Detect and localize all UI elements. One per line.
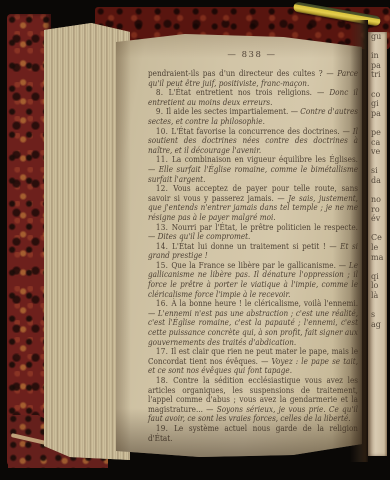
item-statement: L'État favorise la concurrence des doctr… <box>171 126 352 136</box>
item-number: 17. <box>156 346 171 356</box>
facing-text-fragment <box>368 80 387 90</box>
text-item: 18. Contre la sédition ecclésiastique vo… <box>148 376 358 424</box>
facing-text-fragment: Ce <box>368 233 387 243</box>
facing-text-fragment: da <box>368 176 387 186</box>
item-reply: L'ennemi n'est pas une abstraction ; c'e… <box>148 308 358 347</box>
facing-text-fragment <box>368 186 387 196</box>
facing-text-fragment: tri <box>368 70 387 80</box>
facing-text-fragment: pa <box>368 109 387 119</box>
facing-text-fragment: lo <box>368 281 387 291</box>
text-item: 19. Le système actuel nous garde de la r… <box>148 424 358 443</box>
text-item: 10. L'État favorise la concurrence des d… <box>148 127 358 156</box>
text-item: 17. Il est clair que rien ne peut mater … <box>148 347 358 376</box>
facing-text-fragment: pe <box>368 128 387 138</box>
text-item: 8. L'État entretient nos trois religions… <box>148 88 358 107</box>
item-statement: pendraient-ils pas d'un directeur des cu… <box>148 68 337 78</box>
facing-text-fragment: ro <box>368 205 387 215</box>
facing-text-fragment <box>368 224 387 234</box>
item-statement: Que la France se libère par le gallicani… <box>171 260 349 270</box>
facing-text-fragment: là <box>368 291 387 301</box>
facing-text-fragment: qi <box>368 272 387 282</box>
page-text: pendraient-ils pas d'un directeur des cu… <box>148 69 358 443</box>
text-item: 9. Il aide les sectes impartialement. — … <box>148 107 358 126</box>
book-gutter <box>350 20 368 462</box>
text-item: 14. L'État lui donne un traitement si pe… <box>148 242 358 261</box>
facing-text-fragment <box>368 118 387 128</box>
facing-text-fragment <box>368 301 387 311</box>
facing-text-fragment: pa <box>368 61 387 71</box>
item-number: 14. <box>156 241 172 251</box>
text-item: 12. Vous acceptez de payer pour telle ro… <box>148 184 358 222</box>
facing-text-fragment: ca <box>368 138 387 148</box>
facing-text-fragment: in <box>368 51 387 61</box>
text-item: 11. La combinaison en vigueur équilibre … <box>148 155 358 184</box>
facing-text-fragment: ve <box>368 147 387 157</box>
book-photo: — 838 — pendraient-ils pas d'un directeu… <box>0 0 390 480</box>
item-number: 18. <box>156 375 173 385</box>
facing-text-fragment <box>368 262 387 272</box>
item-number: 19. <box>156 423 174 433</box>
item-number: 10. <box>156 126 172 136</box>
item-number: 13. <box>156 222 172 232</box>
item-statement: L'État lui donne un traitement si petit … <box>172 241 340 251</box>
book-page: — 838 — pendraient-ils pas d'un directeu… <box>116 28 362 460</box>
text-item: 16. À la bonne heure ! le cléricalisme, … <box>148 299 358 347</box>
facing-text-fragment <box>368 42 387 52</box>
item-reply: Elle surfait l'Église romaine, comme le … <box>148 164 358 184</box>
item-statement: Le système actuel nous garde de la relig… <box>148 423 358 443</box>
text-item: 13. Nourri par l'État, le prêtre politic… <box>148 223 358 242</box>
facing-text-fragment: si <box>368 166 387 176</box>
text-item: pendraient-ils pas d'un directeur des cu… <box>148 69 358 88</box>
facing-text-fragment <box>368 157 387 167</box>
item-number: 8. <box>156 87 169 97</box>
facing-text-fragment: gi <box>368 99 387 109</box>
item-number: 9. <box>156 106 166 116</box>
facing-page-sliver: guinpatricogipapecavesidanoroévCelemaqil… <box>368 32 387 456</box>
facing-text-fragment: no <box>368 195 387 205</box>
facing-text-fragment: ag <box>368 320 387 330</box>
text-item: 15. Que la France se libère par le galli… <box>148 261 358 299</box>
item-number: 16. <box>156 298 172 308</box>
item-reply: Dites qu'il le compromet. <box>158 231 251 241</box>
facing-text-fragment: év <box>368 214 387 224</box>
item-number: 11. <box>156 154 172 164</box>
facing-text-fragment: le <box>368 243 387 253</box>
facing-text-fragment: s <box>368 310 387 320</box>
item-statement: L'État entretient nos trois religions. — <box>169 87 330 97</box>
page-number: — 838 — <box>148 50 356 60</box>
item-statement: Il aide les sectes impartialement. — <box>166 106 300 116</box>
facing-text-fragment: co <box>368 90 387 100</box>
facing-text-fragment: ma <box>368 253 387 263</box>
facing-text-fragment: gu <box>368 32 387 42</box>
item-number: 15. <box>156 260 171 270</box>
item-number: 12. <box>156 183 173 193</box>
